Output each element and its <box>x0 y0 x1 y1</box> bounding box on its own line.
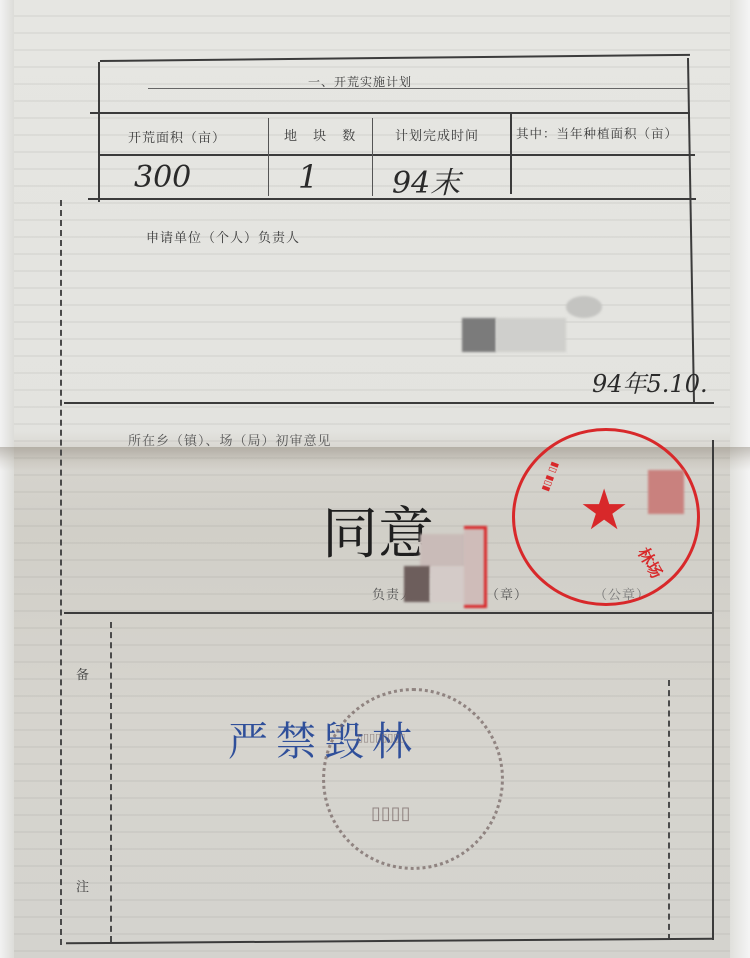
township-review-opinion: 同意 <box>322 490 434 570</box>
table-col-divider-3 <box>510 114 512 194</box>
remarks-right-divider <box>668 680 670 940</box>
header-planned-completion: 计划完成时间 <box>395 125 479 144</box>
remarks-label-divider <box>110 622 112 942</box>
table-header-top <box>90 112 690 114</box>
frame-right-line-lower <box>712 440 714 940</box>
gray-seal-text-2: ▯▯▯▯ <box>371 803 411 824</box>
applicant-date: 94年5.10. <box>592 364 708 399</box>
table-col-divider-2 <box>372 118 373 196</box>
applicant-bottom-line <box>64 402 714 404</box>
remarks-label-bottom: 注 <box>76 876 90 895</box>
frame-left-line-lower <box>60 200 62 945</box>
signature-name-redacted-2 <box>404 566 430 602</box>
table-col-divider-1 <box>268 118 269 196</box>
applicant-name-redacted-2 <box>496 318 566 352</box>
applicant-label: 申请单位（个人）负责人 <box>146 227 300 246</box>
title-underline <box>148 88 688 89</box>
seal-text-arc-2: 林场 <box>633 543 669 582</box>
paper-edge-right <box>730 0 750 958</box>
review-bottom-line <box>64 612 714 614</box>
seal-text-arc: ▮▯▮ ▯▮ <box>540 460 561 493</box>
star-icon: ★ <box>579 483 629 539</box>
value-planned-completion: 94末 <box>392 158 460 202</box>
personal-seal-redacted <box>464 526 487 608</box>
value-plot-count: 1 <box>298 158 318 196</box>
header-plot-count: 地 块 数 <box>284 125 361 144</box>
value-reclaim-area: 300 <box>134 160 191 195</box>
table-header-bottom <box>100 154 695 156</box>
header-current-year-planting: 其中：当年种植面积（亩） <box>516 124 678 142</box>
gray-seal: ▯▯▯▯▯▯▯▯ ▯▯▯▯ <box>322 688 504 870</box>
official-red-seal: ★ ▮▯▮ ▯▮ 林场 <box>512 428 700 606</box>
township-review-label: 所在乡（镇）、场（局）初审意见 <box>128 430 332 449</box>
seal-redacted <box>648 470 684 514</box>
paper-edge-left <box>0 0 14 958</box>
personal-seal-label: （章） <box>486 584 528 603</box>
gray-seal-text: ▯▯▯▯▯▯▯▯ <box>357 731 405 744</box>
applicant-name-redacted <box>462 318 496 352</box>
applicant-name-redacted-3 <box>566 296 602 318</box>
header-reclaim-area: 开荒面积（亩） <box>128 127 226 146</box>
remarks-label-top: 备 <box>76 664 90 683</box>
frame-left-line <box>98 62 100 202</box>
signature-name-redacted-3 <box>430 566 466 602</box>
